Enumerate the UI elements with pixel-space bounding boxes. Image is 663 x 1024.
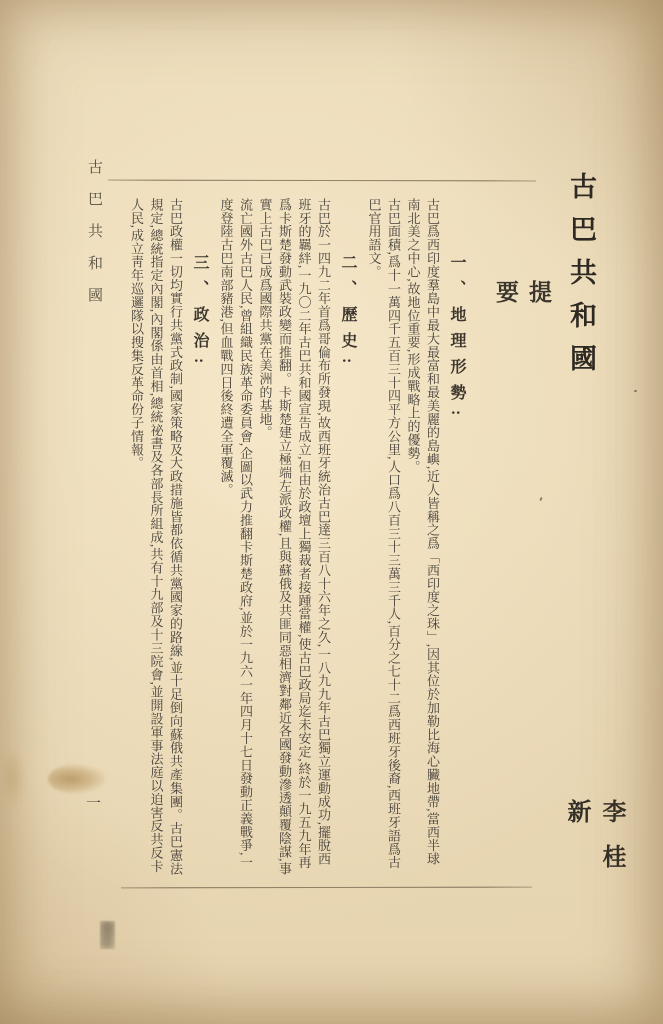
section-history-paragraph: 流亡國外古巴人民,曾組織民族革命委員會,企圖以武力推翻卡斯楚政府,並於一九六一年… xyxy=(216,198,255,878)
corner-ink-mark xyxy=(100,921,115,949)
ink-speck xyxy=(539,497,542,501)
author-name: 李桂新 xyxy=(559,799,629,929)
margin-running-title: 古巴共和國 xyxy=(84,159,105,329)
top-divider xyxy=(108,180,536,182)
page-title: 古巴共和國 xyxy=(562,172,601,412)
section-politics-heading: 三、政治: xyxy=(188,198,211,878)
bottom-divider xyxy=(121,887,532,889)
scanned-document-page: 古巴共和國 提要 一、地理形勢: 古巴爲西印度羣島中最大最富和最美麗的島嶼,近人… xyxy=(0,0,663,1024)
paper-stain xyxy=(0,748,26,808)
section-geography-heading: 一、地理形勢: xyxy=(445,198,468,878)
summary-label: 提要 xyxy=(489,280,555,410)
paper-stain xyxy=(48,764,106,794)
section-history-paragraph: 古巴於一四九二年首爲哥倫布所發現,故西班牙統治古巴達三百八十六年之久,一八九九年… xyxy=(255,198,333,878)
section-politics-paragraph: 古巴政權一切均實行共黨式政制,國家策略及大政措施皆都依循共黨國家的路線,並十足倒… xyxy=(127,198,186,878)
page-number: 一 xyxy=(86,792,101,813)
section-geography-paragraph: 古巴爲西印度羣島中最大最富和最美麗的島嶼,近人皆稱之爲「西印度之珠」,因其位於加… xyxy=(403,198,442,878)
section-history-heading: 二、歷史: xyxy=(336,198,359,878)
main-text-block: 一、地理形勢: 古巴爲西印度羣島中最大最富和最美麗的島嶼,近人皆稱之爲「西印度之… xyxy=(111,198,473,878)
ink-speck xyxy=(634,390,637,392)
section-geography-paragraph: 古巴面積,爲十一萬四千五百三十四平方公里,人口爲八百三十三萬三千人,百分之七十二… xyxy=(364,198,403,878)
